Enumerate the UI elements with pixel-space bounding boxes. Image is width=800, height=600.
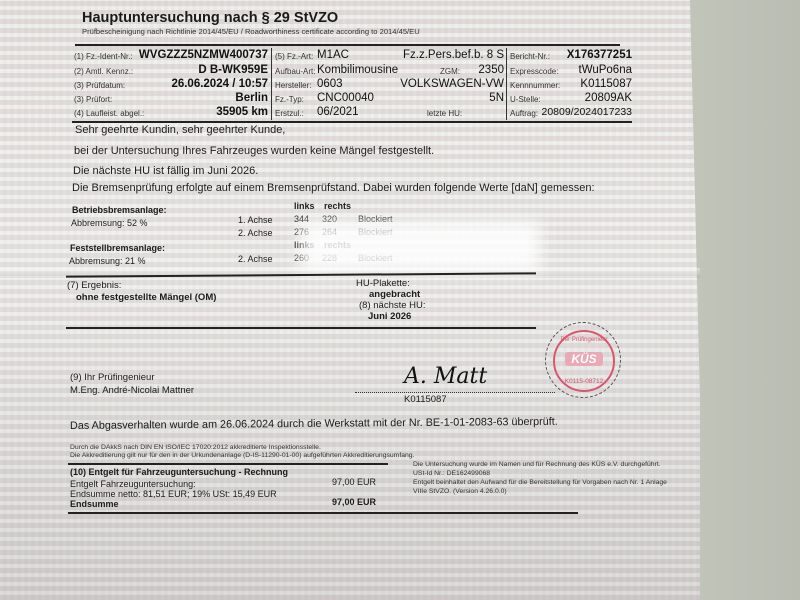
no-defects-line: bei der Untersuchung Ihres Fahrzeuges wu… (74, 145, 434, 157)
invoice-note-1: Die Untersuchung wurde im Namen und für … (413, 461, 661, 468)
stamp-top-text: Der Prüfingenieur (555, 337, 613, 343)
invoice-net-line: Endsumme netto: 81,51 EUR; 19% USt: 15,4… (70, 489, 277, 499)
signature-line (355, 392, 555, 393)
document-title: Hauptuntersuchung nach § 29 StVZO (82, 10, 338, 26)
order-value: 20809/2024017233 (540, 106, 632, 118)
plakette-value: angebracht (369, 289, 420, 300)
next-hu-line: Die nächste HU ist fällig im Juni 2026. (73, 165, 258, 177)
column-divider (506, 48, 507, 120)
body-type-label: Aufbau-Art: (275, 67, 315, 76)
inspector-name: M.Eng. André-Nicolai Mattner (70, 385, 194, 396)
result-value: ohne festgestellte Mängel (OM) (76, 292, 216, 303)
body-type-value: Kombilimousine (317, 64, 398, 76)
invoice-fee-value: 97,00 EUR (332, 477, 376, 487)
express-code-value: tWuPo6na (550, 64, 632, 76)
station-label: U-Stelle: (510, 95, 541, 104)
zgm-label: ZGM: (440, 67, 460, 76)
service-col-left: links (294, 201, 315, 211)
manufacturer-label: Hersteller: (275, 81, 311, 90)
parking-brake-title: Feststellbremsanlage: (70, 243, 165, 253)
invoice-total-label: Endsumme (70, 499, 119, 509)
kus-logo: KÜS (565, 352, 603, 366)
result-label: (7) Ergebnis: (67, 280, 121, 291)
report-number-value: X176377251 (550, 49, 632, 61)
variant-value: 5N (460, 92, 504, 104)
parking-brake-braking: Abbremsung: 21 % (69, 256, 146, 266)
stamp-number: K0115-08712 (555, 378, 613, 385)
divider (72, 121, 632, 123)
inspector-label: (9) Ihr Prüfingenieur (70, 372, 154, 383)
divider (68, 463, 388, 465)
invoice-total-value: 97,00 EUR (332, 497, 376, 507)
seats-info: Fz.z.Pers.bef.b. 8 S (380, 49, 504, 61)
inspector-id: K0115087 (404, 394, 447, 405)
invoice-note-2: USt-Id Nr.: DE162499068 (413, 470, 490, 477)
vehicle-class-value: M1AC (317, 49, 349, 61)
divider (68, 512, 578, 514)
brake-test-line: Die Bremsenprüfung erfolgte auf einem Br… (72, 182, 595, 194)
inspector-signature: A. Matt (404, 364, 487, 389)
column-divider (271, 48, 272, 120)
invoice-note-4: VIIIe StVZO. (Version 4.26.0.0) (413, 488, 507, 495)
parking-row-axle: 2. Achse (238, 254, 273, 264)
invoice-fee-label: Entgelt Fahrzeuguntersuchung: (70, 479, 196, 489)
inspector-stamp: Der Prüfingenieur KÜS K0115-08712 (553, 330, 615, 392)
service-col-right: rechts (324, 201, 351, 211)
greeting: Sehr geehrte Kundin, sehr geehrter Kunde… (75, 124, 285, 136)
mileage-value: 35905 km (120, 106, 268, 118)
document-subtitle: Prüfbescheinigung nach Richtlinie 2014/4… (82, 27, 420, 36)
divider (75, 44, 620, 46)
service-brake-title: Betriebsbremsanlage: (72, 205, 167, 215)
brand-value: VOLKSWAGEN-VW (380, 78, 504, 90)
report-number-label: Bericht-Nr.: (510, 52, 550, 61)
plate-value: D B-WK959E (120, 64, 268, 76)
accreditation-line-2: Die Akkreditierung gilt nur für den in d… (70, 452, 414, 459)
vehicle-type-label: Fz.-Typ: (275, 95, 304, 104)
station-value: 20809AK (550, 92, 632, 104)
first-registration-label: Erstzul.: (275, 109, 304, 118)
order-label: Auftrag: (510, 109, 538, 118)
service-row-axle: 1. Achse (238, 215, 273, 225)
first-registration-value: 06/2021 (317, 106, 359, 118)
service-brake-braking: Abbremsung: 52 % (71, 218, 148, 228)
accreditation-line-1: Durch die DAkkS nach DIN EN ISO/IEC 1702… (70, 444, 321, 451)
zgm-value: 2350 (460, 64, 504, 76)
next-hu-label: (8) nächste HU: (359, 300, 426, 311)
ident-value: WVGZZZ5NZMW400737 (120, 49, 268, 61)
date-label: (3) Prüfdatum: (74, 81, 125, 90)
vehicle-class-label: (5) Fz.-Art: (275, 52, 313, 61)
manufacturer-value: 0603 (317, 78, 343, 90)
divider (66, 327, 536, 329)
invoice-note-3: Entgelt beinhaltet den Aufwand für die B… (413, 479, 667, 486)
last-hu-label: letzte HU: (427, 109, 462, 118)
vehicle-type-value: CNC00040 (317, 92, 374, 104)
place-value: Berlin (120, 92, 268, 104)
redacted-region (300, 222, 540, 272)
plakette-label: HU-Plakette: (356, 278, 410, 289)
id-number-value: K0115087 (550, 78, 632, 90)
invoice-title: (10) Entgelt für Fahrzeuguntersuchung - … (70, 467, 288, 477)
service-row-axle: 2. Achse (238, 228, 273, 238)
next-hu-value: Juni 2026 (368, 311, 411, 322)
place-label: (3) Prüfort: (74, 95, 112, 104)
date-value: 26.06.2024 / 10:57 (120, 78, 268, 90)
